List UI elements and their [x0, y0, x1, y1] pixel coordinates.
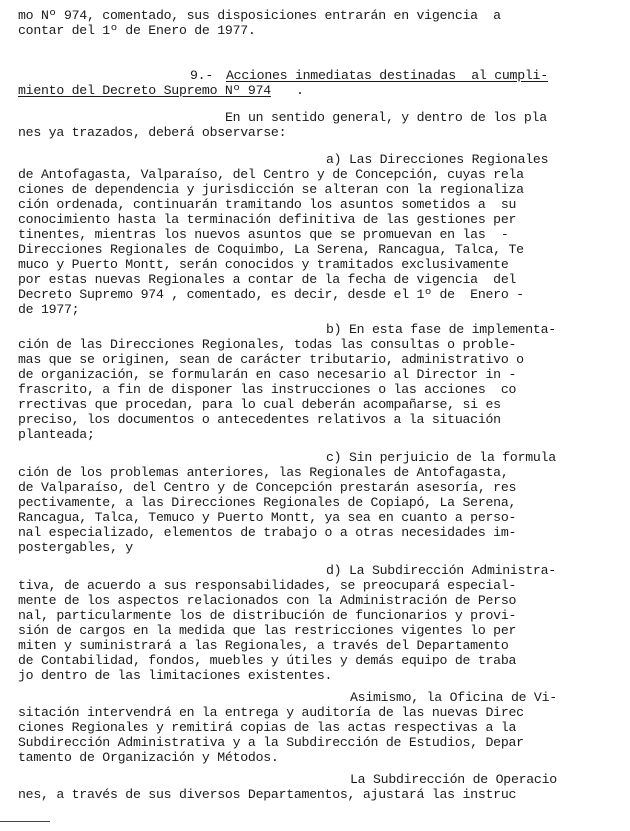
text-line: muco y Puerto Montt, serán conocidos y t… — [18, 257, 508, 272]
text-line: 9.- — [190, 68, 221, 83]
text-line: Rancagua, Talca, Temuco y Puerto Montt, … — [18, 510, 516, 525]
text-line: postergables, y — [18, 540, 133, 555]
text-line: mente de los aspectos relacionados con l… — [18, 593, 516, 608]
text-line: c) Sin perjuicio de la formula — [326, 450, 556, 465]
text-line: contar del 1º de Enero de 1977. — [18, 23, 256, 38]
text-line: nes, a través de sus diversos Departamen… — [18, 787, 516, 802]
text-line: nes ya trazados, deberá observarse: — [18, 125, 286, 140]
text-line: tiva, de acuerdo a sus responsabilidades… — [18, 578, 516, 593]
text-line: sión de cargos en la medida que las rest… — [18, 623, 516, 638]
text-line: d) La Subdirección Administra- — [326, 563, 556, 578]
text-line: jo dentro de las limitaciones existentes… — [18, 668, 332, 683]
text-line: nal, particularmente los de distribución… — [18, 608, 516, 623]
text-line: Decreto Supremo 974 , comentado, es deci… — [18, 287, 524, 302]
text-line: conocimiento hasta la terminación defini… — [18, 212, 516, 227]
text-line: de Contabilidad, fondos, muebles y útile… — [18, 653, 516, 668]
text-line: nal especializado, elementos de trabajo … — [18, 525, 516, 540]
text-line: ción de las Direcciones Regionales, toda… — [18, 337, 516, 352]
text-line: de Antofagasta, Valparaíso, del Centro y… — [18, 167, 524, 182]
text-line: La Subdirección de Operacio — [350, 772, 557, 787]
section-heading-line: miento del Decreto Supremo Nº 974 — [18, 83, 271, 98]
text-line: b) En esta fase de implementa- — [326, 322, 556, 337]
text-line: tinentes, mientras los nuevos asuntos qu… — [18, 227, 508, 242]
text-line: de organización, se formularán en caso n… — [18, 367, 516, 382]
text-line: Direcciones Regionales de Coquimbo, La S… — [18, 242, 524, 257]
text-line: ción de los problemas anteriores, las Re… — [18, 465, 508, 480]
text-line: rrectivas que procedan, para lo cual deb… — [18, 397, 501, 412]
text-line: ción ordenada, continuarán tramitando lo… — [18, 197, 516, 212]
text-line: por estas nuevas Regionales a contar de … — [18, 272, 516, 287]
text-line: frascrito, a fin de disponer las instruc… — [18, 382, 516, 397]
text-line: mas que se originen, sean de carácter tr… — [18, 352, 524, 367]
text-line: ciones de dependencia y jurisdicción se … — [18, 182, 524, 197]
text-line: Asimismo, la Oficina de Vi- — [350, 690, 557, 705]
text-line: a) Las Direcciones Regionales — [326, 152, 548, 167]
text-line: de Valparaíso, del Centro y de Concepció… — [18, 480, 516, 495]
text-line: pectivamente, a las Direcciones Regional… — [18, 495, 516, 510]
text-line: tamento de Organización y Métodos. — [18, 750, 279, 765]
section-heading-line: Acciones inmediatas destinadas al cumpli… — [226, 68, 548, 83]
scan-edge-mark — [0, 821, 50, 822]
text-line: planteada; — [18, 427, 95, 442]
text-line: . — [296, 83, 304, 98]
text-line: miten y suministrará a las Regionales, a… — [18, 638, 508, 653]
text-line: En un sentido general, y dentro de los p… — [225, 110, 547, 125]
typewritten-page: mo Nº 974, comentado, sus disposiciones … — [0, 0, 630, 831]
text-line: Subdirección Administrativa y a la Subdi… — [18, 735, 524, 750]
text-line: mo Nº 974, comentado, sus disposiciones … — [18, 8, 501, 23]
text-line: preciso, los documentos o antecedentes r… — [18, 412, 501, 427]
text-line: sitación intervendrá en la entrega y aud… — [18, 705, 524, 720]
text-line: ciones Regionales y remitirá copias de l… — [18, 720, 516, 735]
text-line: de 1977; — [18, 302, 79, 317]
